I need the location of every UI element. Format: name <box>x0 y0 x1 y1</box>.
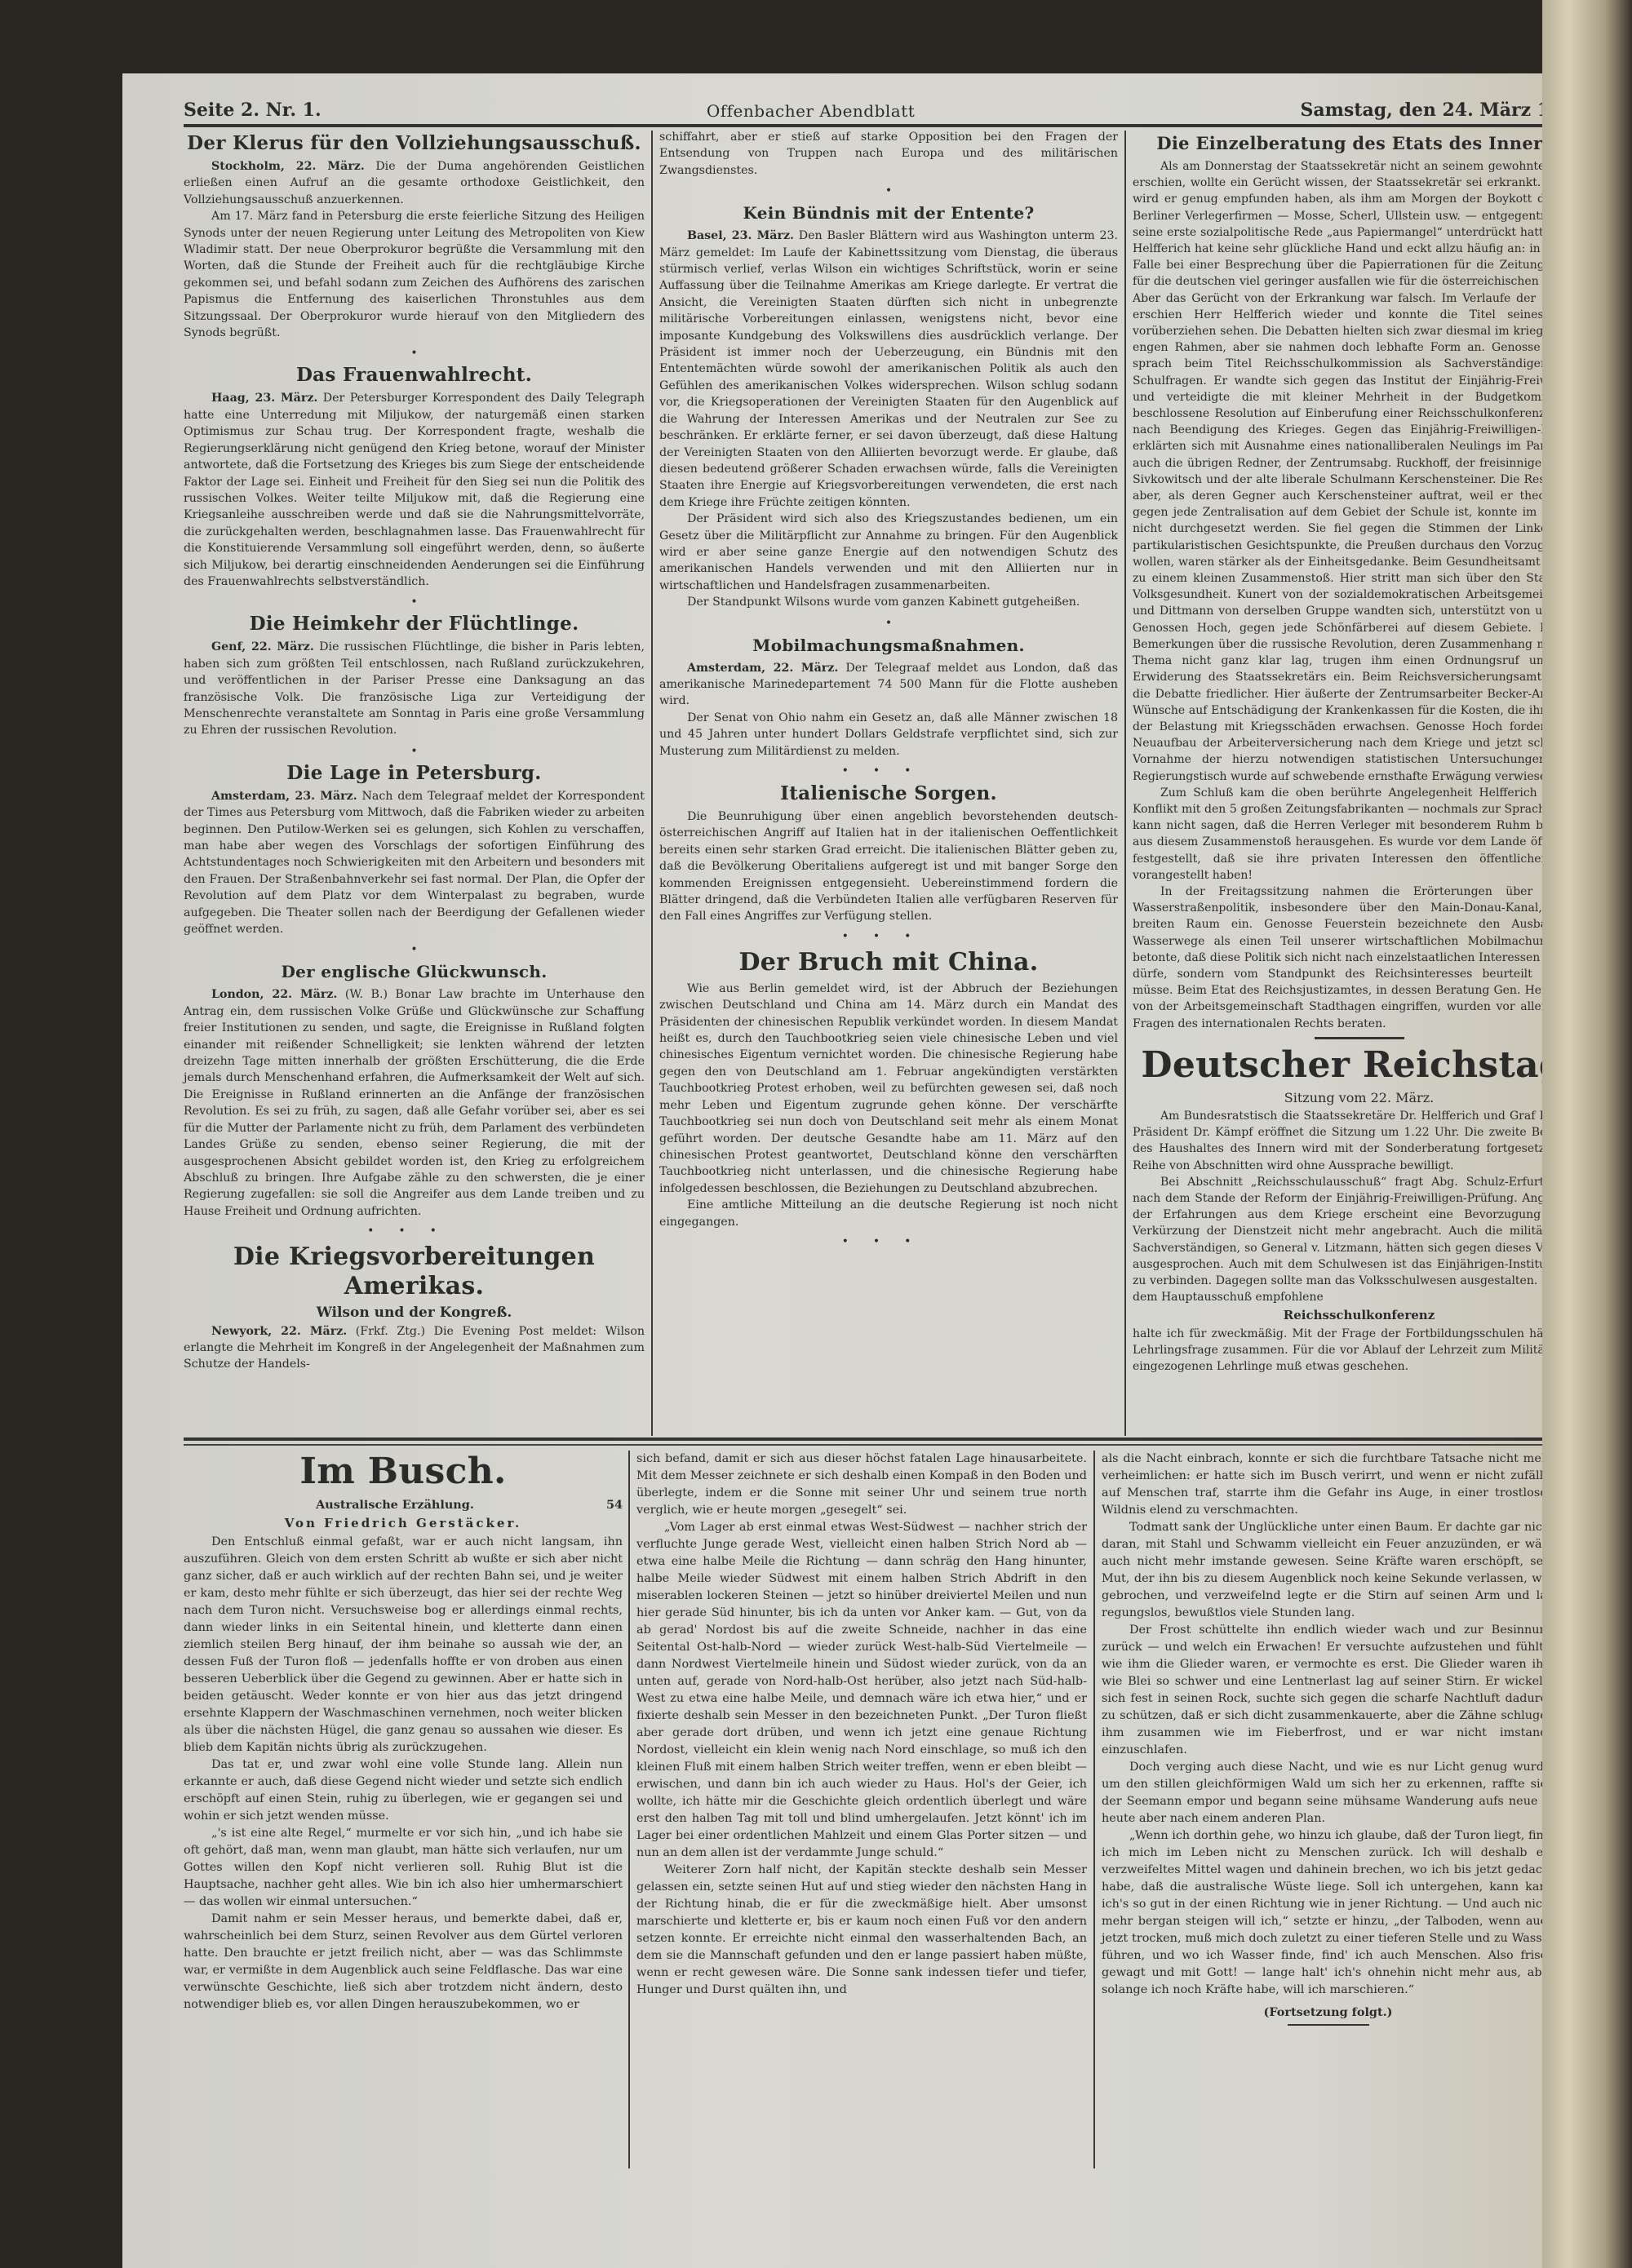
serial-text: Weiterer Zorn half nicht, der Kapitän st… <box>636 1862 1087 1999</box>
headline: Kein Bündnis mit der Entente? <box>659 202 1118 224</box>
continued-note: (Fortsetzung folgt.) <box>1102 2004 1554 2021</box>
end-rule <box>1288 2024 1369 2026</box>
article-text: In der Freitagssitzung nahmen die Erörte… <box>1133 884 1585 1032</box>
newspaper-page: Seite 2. Nr. 1. Offenbacher Abendblatt S… <box>122 73 1591 2268</box>
column-rule <box>1124 131 1126 1436</box>
page-number: Seite 2. Nr. 1. <box>184 100 322 121</box>
article-text: Der Petersburger Korrespondent des Daily… <box>184 392 645 587</box>
separator-dot: • <box>659 184 1118 198</box>
article-text: Der Standpunkt Wilsons wurde vom ganzen … <box>659 594 1118 610</box>
serial-text: „Vom Lager ab erst einmal etwas West-Süd… <box>636 1519 1087 1862</box>
article-text: Eine amtliche Mitteilung an die deutsche… <box>659 1197 1118 1230</box>
separator-dot: • <box>184 346 645 361</box>
separator-dot: • <box>184 942 645 957</box>
serial-column-2: sich befand, damit er sich aus dieser hö… <box>636 1451 1087 1999</box>
column-rule <box>1093 1451 1095 2168</box>
headline: Die Heimkehr der Flüchtlinge. <box>184 613 645 636</box>
headline: Die Lage in Petersburg. <box>184 762 645 785</box>
article-text: Als am Donnerstag der Staatssekretär nic… <box>1133 158 1585 785</box>
dateline: London, 22. März. <box>211 988 337 1001</box>
article-italienische-sorgen: Italienische Sorgen. Die Beunruhigung üb… <box>659 782 1118 925</box>
serial-text: als die Nacht einbrach, konnte er sich d… <box>1102 1451 1554 1519</box>
serial-text: Den Entschluß einmal gefaßt, war er auch… <box>184 1534 623 1756</box>
article-englischer-glueckwunsch: Der englische Glückwunsch. London, 22. M… <box>184 960 645 1220</box>
feuilleton-rule <box>184 1444 1587 1446</box>
serial-subtitle-row: Australische Erzählung. 54 <box>184 1496 623 1513</box>
installment-number: 54 <box>606 1496 623 1513</box>
article-text: Den Basler Blättern wird aus Washington … <box>659 229 1118 509</box>
article-text: Am Bundesratstisch die Staatssekretäre D… <box>1133 1108 1585 1174</box>
headline: Mobilmachungsmaßnahmen. <box>659 634 1118 657</box>
dateline: Haag, 23. März. <box>211 392 317 405</box>
article-bruch-mit-china: Der Bruch mit China. Wie aus Berlin geme… <box>659 948 1118 1230</box>
column-rule <box>651 131 653 1436</box>
article-text: halte ich für zweckmäßig. Mit der Frage … <box>1133 1326 1585 1375</box>
serial-title: Im Busch. <box>184 1451 623 1493</box>
separator-dots: ••• <box>659 928 1118 945</box>
separator-dots: ••• <box>659 1234 1118 1250</box>
column-1: Der Klerus für den Vollziehungsausschuß.… <box>184 129 645 1373</box>
serial-column-1: Im Busch. Australische Erzählung. 54 Von… <box>184 1451 623 2013</box>
article-klerus: Der Klerus für den Vollziehungsausschuß.… <box>184 132 645 341</box>
separator-dots: ••• <box>184 1223 645 1239</box>
separator-dot: • <box>184 595 645 609</box>
column-2: schiffahrt, aber er stieß auf starke Opp… <box>659 129 1118 1253</box>
column-rule <box>628 1451 630 2168</box>
serial-column-3: als die Nacht einbrach, konnte er sich d… <box>1102 1451 1554 2029</box>
separator-dot: • <box>184 744 645 759</box>
separator-dot: • <box>659 616 1118 631</box>
article-text: Die russischen Flüchtlinge, die bisher i… <box>184 640 645 737</box>
headline: Das Frauenwahlrecht. <box>184 364 645 387</box>
feuilleton-rule <box>184 1437 1587 1441</box>
subheadline: Sitzung vom 22. März. <box>1133 1090 1585 1106</box>
serial-text: „'s ist eine alte Regel,“ murmelte er vo… <box>184 1825 623 1911</box>
article-kriegsvorbereitungen: Die Kriegsvorbereitungen Amerikas. Wilso… <box>184 1243 645 1373</box>
serial-text: Der Frost schüttelte ihn endlich wieder … <box>1102 1622 1554 1759</box>
dateline: Stockholm, 22. März. <box>211 160 365 173</box>
article-text: Am 17. März fand in Petersburg die erste… <box>184 208 645 341</box>
headline: Der Klerus für den Vollziehungsausschuß. <box>184 132 645 155</box>
article-frauenwahlrecht: Das Frauenwahlrecht. Haag, 23. März. Der… <box>184 364 645 590</box>
article-text: (W. B.) Bonar Law brachte im Unterhause … <box>184 988 645 1217</box>
headline: Italienische Sorgen. <box>659 782 1118 805</box>
serial-author: Von Friedrich Gerstäcker. <box>184 1515 623 1532</box>
article-text: Der Senat von Ohio nahm ein Gesetz an, d… <box>659 710 1118 760</box>
headline: Die Kriegsvorbereitungen Amerikas. <box>184 1243 645 1301</box>
separator-dots: ••• <box>659 763 1118 779</box>
serial-text: Das tat er, und zwar wohl eine volle Stu… <box>184 1756 623 1825</box>
serial-subtitle: Australische Erzählung. <box>184 1496 606 1513</box>
article-einzelberatung: Die Einzelberatung des Etats des Innern.… <box>1133 132 1585 1032</box>
book-binding-edge <box>1542 0 1632 2268</box>
dateline: Newyork, 22. März. <box>211 1325 347 1338</box>
article-continuation: schiffahrt, aber er stieß auf starke Opp… <box>659 129 1118 179</box>
newspaper-title: Offenbacher Abendblatt <box>707 101 915 121</box>
article-text: Bei Abschnitt „Reichsschulausschuß“ frag… <box>1133 1174 1585 1306</box>
centered-term: Reichsschulkonferenz <box>1133 1307 1585 1323</box>
dateline: Amsterdam, 23. März. <box>211 790 357 803</box>
article-text: Der Präsident wird sich also des Kriegsz… <box>659 511 1118 594</box>
article-text: Zum Schluß kam die oben berührte Angeleg… <box>1133 785 1585 884</box>
masthead: Seite 2. Nr. 1. Offenbacher Abendblatt S… <box>184 88 1587 121</box>
headline: Der englische Glückwunsch. <box>184 960 645 983</box>
article-deutscher-reichstag: Deutscher Reichstag. Sitzung vom 22. Mär… <box>1133 1044 1585 1375</box>
article-text: Die Beunruhigung über einen angeblich be… <box>659 808 1118 925</box>
article-text: Wie aus Berlin gemeldet wird, ist der Ab… <box>659 981 1118 1197</box>
article-kein-buendnis: Kein Bündnis mit der Entente? Basel, 23.… <box>659 202 1118 610</box>
serial-text: „Wenn ich dorthin gehe, wo hinzu ich gla… <box>1102 1827 1554 1999</box>
column-3: Die Einzelberatung des Etats des Innern.… <box>1133 129 1585 1375</box>
serial-text: sich befand, damit er sich aus dieser hö… <box>636 1451 1087 1519</box>
subheadline: Wilson und der Kongreß. <box>184 1305 645 1321</box>
headline: Der Bruch mit China. <box>659 948 1118 977</box>
dateline: Genf, 22. März. <box>211 640 314 653</box>
dateline: Basel, 23. März. <box>687 229 794 242</box>
article-heimkehr: Die Heimkehr der Flüchtlinge. Genf, 22. … <box>184 613 645 738</box>
article-mobilmachung: Mobilmachungsmaßnahmen. Amsterdam, 22. M… <box>659 634 1118 760</box>
section-rule <box>1315 1037 1404 1039</box>
serial-text: Doch verging auch diese Nacht, und wie e… <box>1102 1759 1554 1827</box>
serial-text: Damit nahm er sein Messer heraus, und be… <box>184 1911 623 2013</box>
masthead-rule <box>184 124 1591 127</box>
article-text: Nach dem Telegraaf meldet der Korrespond… <box>184 790 645 936</box>
dateline: Amsterdam, 22. März. <box>687 662 838 675</box>
headline: Die Einzelberatung des Etats des Innern. <box>1133 132 1585 155</box>
serial-text: Todmatt sank der Unglückliche unter eine… <box>1102 1519 1554 1622</box>
article-lage-petersburg: Die Lage in Petersburg. Amsterdam, 23. M… <box>184 762 645 938</box>
headline: Deutscher Reichstag. <box>1133 1044 1585 1087</box>
